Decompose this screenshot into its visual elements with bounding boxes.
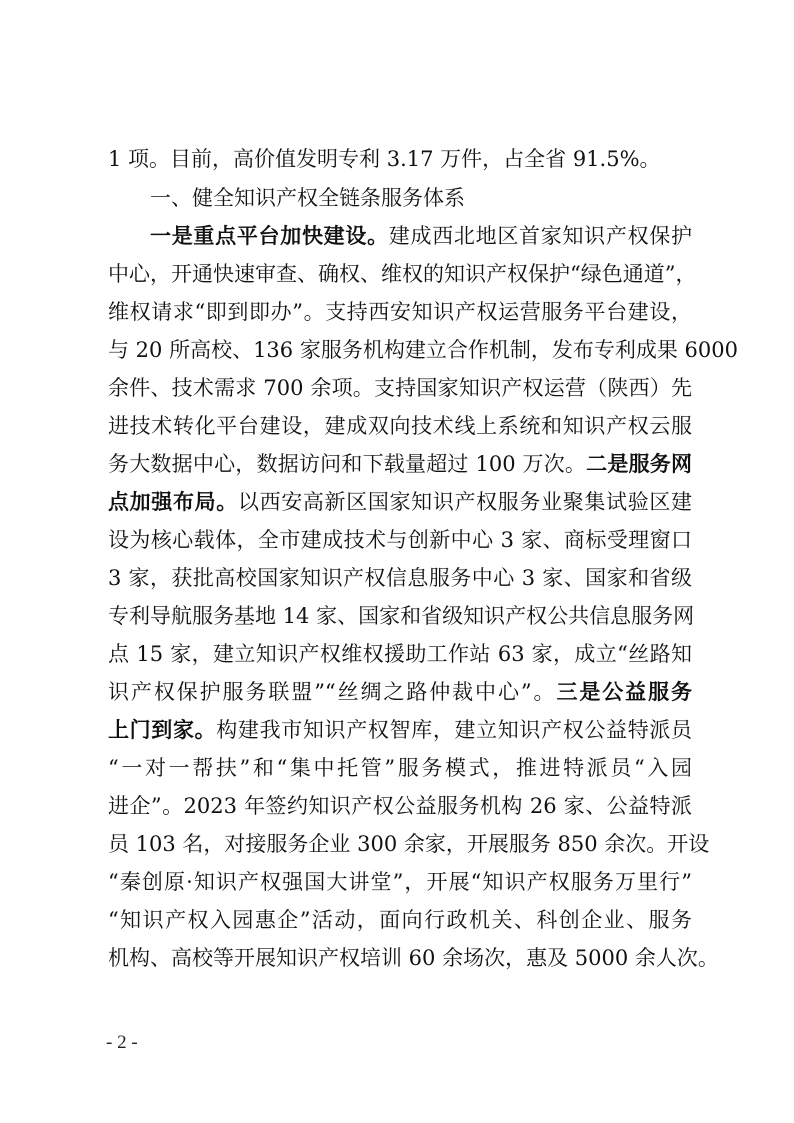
line-text: 余件、技术需求 700 余项。支持国家知识产权运营（陕西）先 bbox=[108, 376, 692, 400]
line-text: 建成西北地区首家知识产权保护 bbox=[389, 224, 692, 248]
paragraph-line: 员 103 名，对接服务企业 300 余家，开展服务 850 余次。开设 bbox=[108, 830, 692, 858]
page-number: - 2 - bbox=[106, 1032, 138, 1054]
line-text: 维权请求“即到即办”。支持西安知识产权运营服务平台建设， bbox=[108, 300, 692, 324]
section-heading: 一、健全知识产权全链条服务体系 bbox=[150, 184, 465, 212]
line-text: 与 20 所高校、136 家服务机构建立合作机制，发布专利成果 6000 bbox=[108, 338, 738, 362]
document-page: 1 项。目前，高价值发明专利 3.17 万件，占全省 91.5%。 一、健全知识… bbox=[0, 0, 794, 1123]
bold-lead: 点加强布局。 bbox=[108, 490, 238, 514]
paragraph-line: 进企”。2023 年签约知识产权公益服务机构 26 家、公益特派 bbox=[108, 792, 692, 820]
line-text: 务大数据中心，数据访问和下载量超过 100 万次。 bbox=[108, 452, 586, 476]
paragraph-line: “知识产权入园惠企”活动，面向行政机关、科创企业、服务 bbox=[108, 906, 692, 934]
paragraph-line: 识产权保护服务联盟”“丝绸之路仲裁中心”。三是公益服务 bbox=[108, 678, 692, 706]
paragraph-line: 务大数据中心，数据访问和下载量超过 100 万次。二是服务网 bbox=[108, 450, 692, 478]
paragraph-line: “一对一帮扶”和“集中托管”服务模式，推进特派员“入园 bbox=[108, 754, 692, 782]
paragraph-line: 中心，开通快速审查、确权、维权的知识产权保护“绿色通道”， bbox=[108, 260, 692, 288]
line-text: 员 103 名，对接服务企业 300 余家，开展服务 850 余次。开设 bbox=[108, 832, 709, 856]
bold-lead: 二是服务网 bbox=[586, 452, 692, 476]
line-text: 识产权保护服务联盟”“丝绸之路仲裁中心”。 bbox=[108, 680, 556, 704]
line-text: 以西安高新区国家知识产权服务业聚集试验区建 bbox=[238, 490, 692, 514]
bold-lead: 三是公益服务 bbox=[556, 680, 692, 704]
line-text: “知识产权入园惠企”活动，面向行政机关、科创企业、服务 bbox=[108, 908, 692, 932]
line-text: “一对一帮扶”和“集中托管”服务模式，推进特派员“入园 bbox=[108, 756, 692, 780]
bold-lead: 上门到家。 bbox=[108, 718, 216, 742]
paragraph-line: 设为核心载体，全市建成技术与创新中心 3 家、商标受理窗口 bbox=[108, 526, 692, 554]
line-text: 3 家，获批高校国家知识产权信息服务中心 3 家、国家和省级 bbox=[108, 566, 692, 590]
line-text: “秦创原·知识产权强国大讲堂”，开展“知识产权服务万里行” bbox=[108, 870, 692, 894]
line-text: 进技术转化平台建设，建成双向技术线上系统和知识产权云服 bbox=[108, 414, 692, 438]
paragraph-line: 进技术转化平台建设，建成双向技术线上系统和知识产权云服 bbox=[108, 412, 692, 440]
line-text: 专利导航服务基地 14 家、国家和省级知识产权公共信息服务网 bbox=[108, 604, 694, 628]
paragraph-line: 机构、高校等开展知识产权培训 60 余场次，惠及 5000 余人次。 bbox=[108, 944, 692, 972]
paragraph-line: 1 项。目前，高价值发明专利 3.17 万件，占全省 91.5%。 bbox=[108, 145, 692, 173]
line-text: 进企”。2023 年签约知识产权公益服务机构 26 家、公益特派 bbox=[108, 794, 692, 818]
line-text: 1 项。目前，高价值发明专利 3.17 万件，占全省 91.5%。 bbox=[108, 147, 661, 171]
paragraph-line: 点加强布局。以西安高新区国家知识产权服务业聚集试验区建 bbox=[108, 488, 692, 516]
paragraph-line: 余件、技术需求 700 余项。支持国家知识产权运营（陕西）先 bbox=[108, 374, 692, 402]
paragraph-line: 上门到家。构建我市知识产权智库，建立知识产权公益特派员 bbox=[108, 716, 692, 744]
paragraph-line: 专利导航服务基地 14 家、国家和省级知识产权公共信息服务网 bbox=[108, 602, 692, 630]
line-text: 机构、高校等开展知识产权培训 60 余场次，惠及 5000 余人次。 bbox=[108, 946, 719, 970]
line-text: 中心，开通快速审查、确权、维权的知识产权保护“绿色通道”， bbox=[108, 262, 696, 286]
paragraph-line: 一是重点平台加快建设。建成西北地区首家知识产权保护 bbox=[150, 222, 692, 250]
paragraph-line: 与 20 所高校、136 家服务机构建立合作机制，发布专利成果 6000 bbox=[108, 336, 692, 364]
line-text: 构建我市知识产权智库，建立知识产权公益特派员 bbox=[216, 718, 692, 742]
bold-lead: 一是重点平台加快建设。 bbox=[150, 224, 389, 248]
paragraph-line: 维权请求“即到即办”。支持西安知识产权运营服务平台建设， bbox=[108, 298, 692, 326]
line-text: 设为核心载体，全市建成技术与创新中心 3 家、商标受理窗口 bbox=[108, 528, 692, 552]
paragraph-line: 点 15 家，建立知识产权维权援助工作站 63 家，成立“丝路知 bbox=[108, 640, 692, 668]
paragraph-line: “秦创原·知识产权强国大讲堂”，开展“知识产权服务万里行” bbox=[108, 868, 692, 896]
paragraph-line: 3 家，获批高校国家知识产权信息服务中心 3 家、国家和省级 bbox=[108, 564, 692, 592]
line-text: 点 15 家，建立知识产权维权援助工作站 63 家，成立“丝路知 bbox=[108, 642, 692, 666]
